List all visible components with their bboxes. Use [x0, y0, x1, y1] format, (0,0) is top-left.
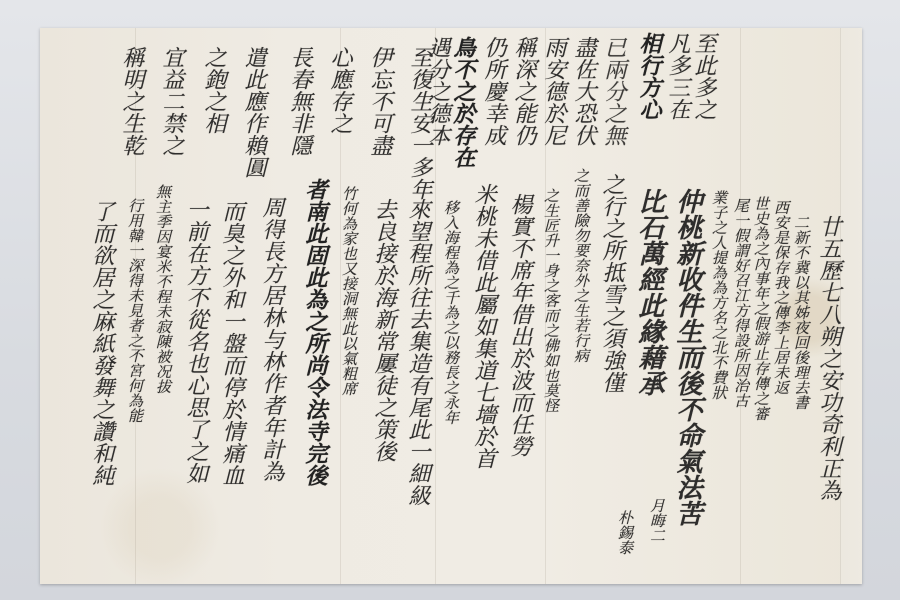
letter-date: 月晦二: [648, 498, 666, 543]
text-column-top-middle: 已兩分之無: [600, 36, 626, 146]
text-column-body: 去良接於海新常屢徒之策後: [370, 198, 396, 462]
text-column-body: 了而欲居之麻紙發舞之讚和純: [88, 200, 114, 486]
text-column-body: 業子之人提為為方名之北不費狀: [710, 190, 728, 400]
paper-right-margin: [840, 28, 862, 584]
text-column-top-left: 伊忘不可盡: [366, 46, 392, 156]
text-column-top-left: 稱明之生乾: [118, 46, 144, 156]
text-column-body: 楊實不席年借出於波而任勞: [506, 193, 532, 457]
text-column-body: 來望程所往去集造有尾此一細級: [404, 198, 430, 506]
text-column-top-left: 宜益二禁之: [158, 46, 184, 156]
text-column-body: 廿五歷七八朔之安功奇利正為: [815, 215, 841, 501]
text-column-top-right: 至此多之: [690, 32, 716, 120]
text-column-body: 二新不冀以其姊夜回後理去書: [792, 215, 810, 410]
text-column-top-left: 之鉋之相: [200, 46, 226, 134]
text-column-top-right: 凡多三在: [664, 32, 690, 120]
text-column-top-right: 相行方心: [636, 32, 662, 120]
text-column-body: 而臭之外和一盤而停於情痛血: [218, 200, 244, 486]
text-column-top-left: 遣此應作賴圓: [240, 46, 266, 178]
text-column-body: 竹何為家也又接洞無此以氣粗席: [340, 186, 358, 396]
text-column-body: 米桃未借此屬如集道七墻於首: [470, 183, 496, 469]
text-column-top-middle: 盡佐大恐伏: [570, 36, 596, 146]
text-column-body: 無主季因宴米不程未寂陳被况拔: [154, 184, 172, 394]
text-column-body: 之生匠升一身之客而之佛如也莫怪: [542, 188, 560, 413]
text-column-top-left: 心應存之: [326, 46, 352, 134]
text-column-top-left: 長春無非隱: [286, 46, 312, 156]
text-column-body: 仲桃新收件生而後不命氣法苦: [672, 188, 702, 526]
text-column-top-middle: 鳥不之於存在: [450, 36, 476, 168]
text-column-body: 比石萬經此緣藉承: [634, 188, 664, 396]
text-column-top-middle: 雨安德於尼: [540, 36, 566, 146]
signature-name: 朴錫泰: [616, 510, 634, 555]
text-column-top-middle: 稱深之能仍: [510, 36, 536, 146]
letter-paper: 至復生安一多年 伊忘不可盡 心應存之 長春無非隱 遣此應作賴圓 之鉋之相 宜益二…: [40, 28, 862, 584]
text-column-body: 周得長方居林与林作者年計為: [258, 196, 284, 482]
text-column-body: 之而善險勿要奈外之生若行病: [572, 168, 590, 363]
text-column-body: 者南此固此為之所尚令法寺完後: [302, 178, 328, 486]
text-column-body: 一前在方不從名也心思了之如: [182, 198, 208, 484]
text-column-top-middle: 仍所慶幸成: [480, 36, 506, 146]
text-column-top-middle: 遇分之德本: [424, 36, 450, 146]
text-column-body: 世史為之內事年之假游止存傳之審: [752, 196, 770, 421]
text-column-body: 行用韓一深得未見者之不宮何為能: [126, 198, 144, 423]
text-column-body: 西安是保存我之傳李上居未返: [772, 200, 790, 395]
text-column-body: 尾一假謂好召江方得設所因治古: [732, 198, 750, 408]
text-column-body: 移入海程為之千為之以務長之永年: [442, 200, 460, 425]
text-column-body: 之行之所抵雪之須強僅: [598, 173, 624, 393]
